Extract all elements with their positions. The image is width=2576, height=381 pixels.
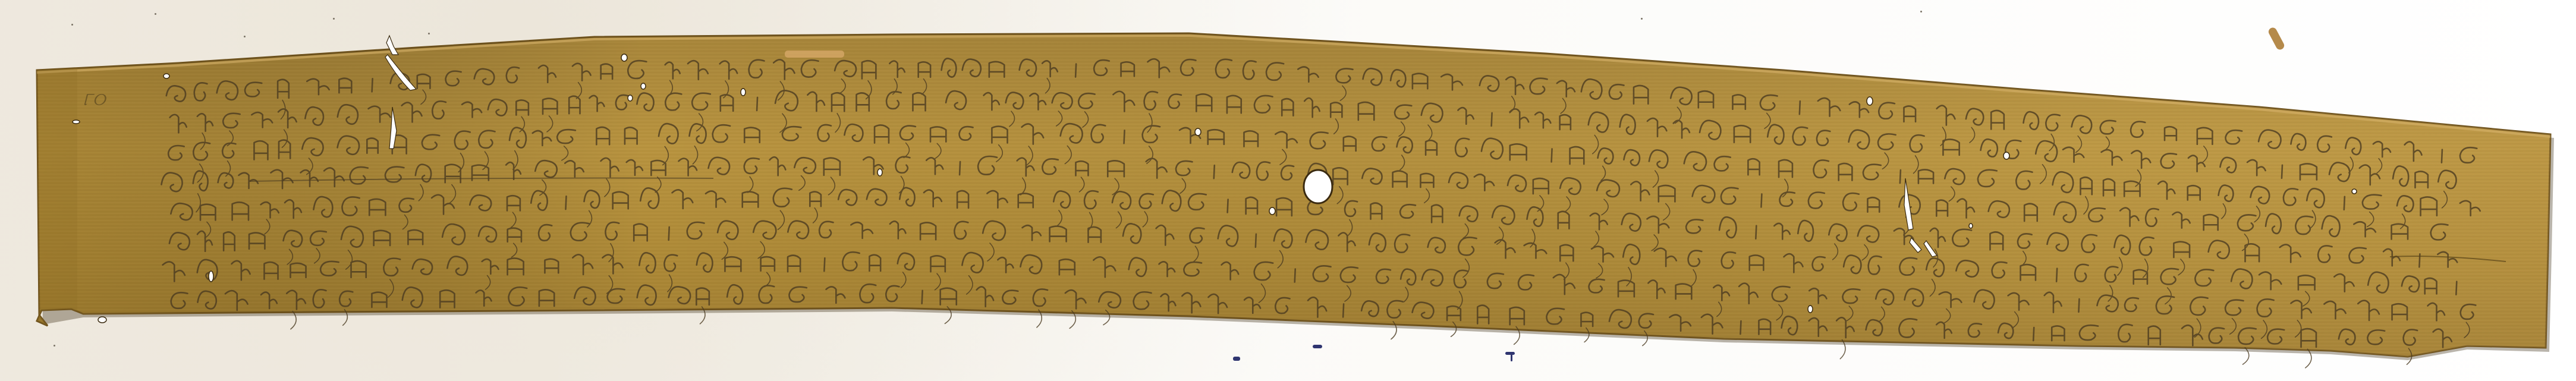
- blue-ink-mark: [1511, 353, 1512, 361]
- stain: [785, 51, 844, 58]
- blue-ink-mark: [1233, 357, 1240, 361]
- binding-hole: [1304, 170, 1332, 203]
- blue-ink-mark: [1313, 345, 1322, 348]
- blue-ink-mark: [1505, 352, 1515, 355]
- folio-number: ୮୦: [83, 89, 105, 110]
- palm-leaf: [0, 0, 2576, 381]
